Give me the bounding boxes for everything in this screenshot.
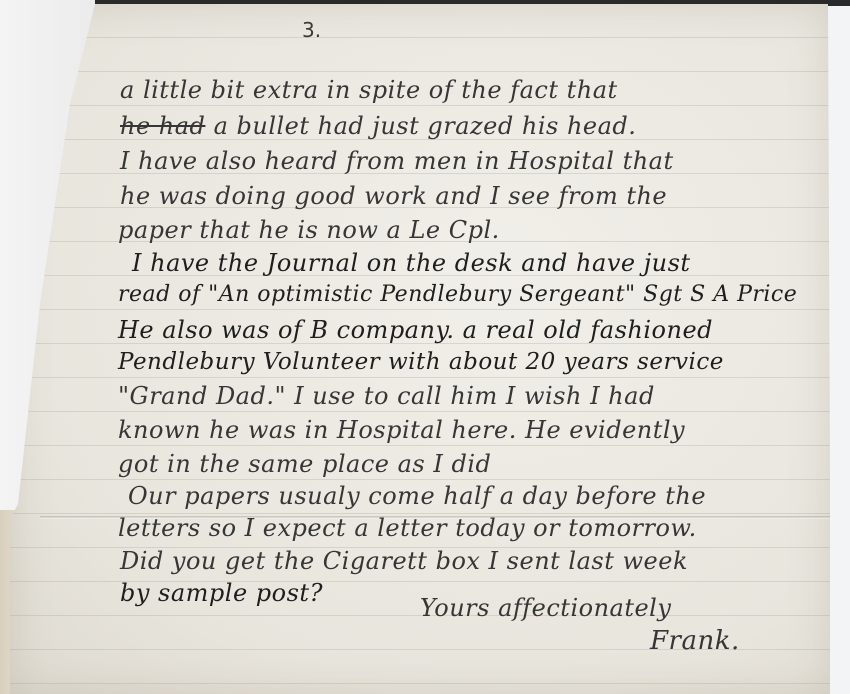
letter-line-11: known he was in Hospital here. He eviden…: [118, 416, 685, 444]
page-number: 3.: [302, 18, 321, 42]
letter-line-13: Our papers usualy come half a day before…: [128, 482, 706, 510]
letter-line-6: I have the Journal on the desk and have …: [132, 249, 691, 277]
letter-line-8: He also was of B company. a real old fas…: [118, 316, 713, 344]
letter-line-15: Did you get the Cigarett box I sent last…: [120, 547, 688, 575]
letter-line-3: I have also heard from men in Hospital t…: [120, 147, 674, 175]
letter-line-12: got in the same place as I did: [118, 450, 491, 478]
letter-signature: Frank.: [650, 626, 740, 656]
letter-closing: Yours affectionately: [420, 594, 671, 622]
letter-line-5: paper that he is now a Le Cpl.: [118, 216, 500, 244]
letter-line-2: he had a bullet had just grazed his head…: [120, 112, 636, 140]
letter-page: 3. a little bit extra in spite of the fa…: [10, 4, 830, 694]
struck-out-text: he had: [120, 112, 205, 140]
letter-line-7: read of "An optimistic Pendlebury Sergea…: [118, 282, 797, 307]
letter-line-4: he was doing good work and I see from th…: [120, 182, 667, 210]
letter-line-10: "Grand Dad." I use to call him I wish I …: [118, 382, 655, 410]
letter-line-9: Pendlebury Volunteer with about 20 years…: [118, 349, 724, 375]
letter-line-16: by sample post?: [120, 579, 323, 607]
letter-line-1: a little bit extra in spite of the fact …: [120, 76, 618, 104]
letter-line-14: letters so I expect a letter today or to…: [118, 514, 697, 542]
